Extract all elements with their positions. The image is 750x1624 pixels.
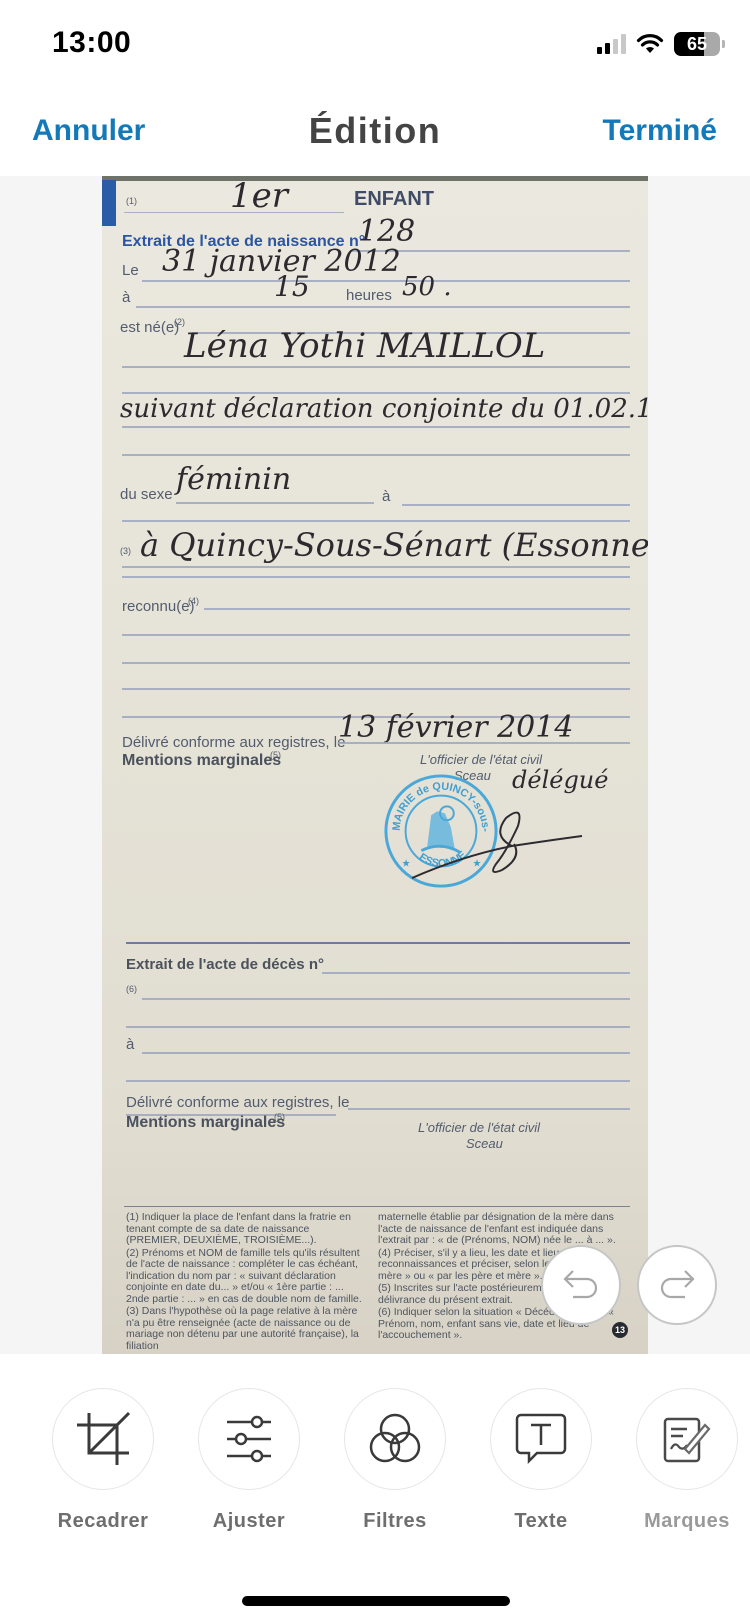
tool-crop-label: Recadrer — [48, 1510, 158, 1533]
sliders-icon — [223, 1414, 275, 1464]
sex-value: féminin — [176, 462, 291, 497]
le-label: Le — [122, 262, 139, 279]
text-bubble-icon — [513, 1411, 569, 1467]
battery-icon: 65 — [674, 32, 720, 56]
rule — [122, 634, 630, 636]
page-number-badge: 13 — [612, 1322, 628, 1338]
tool-filters[interactable]: Filtres — [340, 1388, 450, 1533]
status-bar: 13:00 65 — [0, 0, 750, 90]
rule — [122, 662, 630, 664]
tool-filters-circle[interactable] — [344, 1388, 446, 1490]
footnote: (1) Indiquer la place de l'enfant dans l… — [126, 1212, 366, 1247]
signature-icon — [661, 1413, 713, 1465]
declaration-text: suivant déclaration conjointe du 01.02.1… — [120, 394, 648, 424]
rule — [142, 280, 630, 282]
rule — [122, 566, 630, 568]
seal-label-2: Sceau — [466, 1136, 503, 1151]
footnotes-left-column: (1) Indiquer la place de l'enfant dans l… — [126, 1212, 366, 1353]
edit-canvas[interactable]: (1) 1er ENFANT Extrait de l'acte de nais… — [0, 176, 750, 1354]
tool-adjust-label: Ajuster — [194, 1510, 304, 1533]
tool-text[interactable]: Texte — [486, 1388, 596, 1533]
sex-label: du sexe — [120, 486, 173, 503]
undo-button[interactable] — [541, 1245, 621, 1325]
rule — [142, 998, 630, 1000]
nav-bar: Annuler Édition Terminé — [0, 96, 750, 176]
status-time: 13:00 — [52, 26, 131, 60]
tool-adjust[interactable]: Ajuster — [194, 1388, 304, 1533]
child-name: Léna Yothi MAILLOL — [184, 326, 545, 366]
wifi-icon — [636, 34, 664, 54]
marginal-label: Mentions marginales — [122, 752, 281, 770]
signature-stroke — [402, 806, 602, 886]
document-blue-tab — [102, 180, 116, 226]
recognized-label: reconnu(e) — [122, 598, 195, 615]
home-indicator[interactable] — [242, 1596, 510, 1606]
document-image[interactable]: (1) 1er ENFANT Extrait de l'acte de nais… — [102, 176, 648, 1354]
tool-markup-circle[interactable] — [636, 1388, 738, 1490]
rule — [122, 520, 630, 522]
header-note-number: (1) — [126, 196, 137, 206]
footnote: maternelle établie par désignation de la… — [378, 1212, 618, 1247]
tool-filters-label: Filtres — [340, 1510, 450, 1533]
rule — [122, 688, 630, 690]
born-label: est né(e) — [120, 319, 179, 336]
document-edge — [102, 176, 648, 181]
rule — [136, 306, 630, 308]
rule — [122, 366, 630, 368]
rule — [204, 608, 630, 610]
rule — [176, 502, 374, 504]
redo-button[interactable] — [637, 1245, 717, 1325]
death-extract-label: Extrait de l'acte de décès n° — [126, 956, 324, 973]
rank-handwritten: 1er — [230, 176, 288, 216]
tool-adjust-circle[interactable] — [198, 1388, 300, 1490]
recognized-sup: (4) — [188, 596, 199, 606]
marginal-sup: (5) — [270, 750, 281, 760]
rule — [126, 1080, 630, 1082]
tool-crop-circle[interactable] — [52, 1388, 154, 1490]
a-label-2: à — [382, 488, 390, 505]
edit-toolbar: Recadrer Ajuster Filtres — [0, 1354, 750, 1554]
rule — [142, 1052, 630, 1054]
delegate-handwritten: délégué — [512, 766, 608, 794]
place-sup: (3) — [120, 546, 131, 556]
hours-label: heures — [346, 287, 392, 304]
death-sup: (6) — [126, 984, 137, 994]
tool-markup[interactable]: Marques — [632, 1388, 742, 1533]
header-title: ENFANT — [354, 188, 434, 211]
filters-circles-icon — [365, 1409, 425, 1469]
rule — [402, 504, 630, 506]
delivered-date: 13 février 2014 — [338, 710, 573, 745]
a-label: à — [122, 289, 130, 306]
rule — [348, 1108, 630, 1110]
done-button[interactable]: Terminé — [603, 114, 717, 148]
footnote: (2) Prénoms et NOM de famille tels qu'il… — [126, 1248, 366, 1306]
tool-text-label: Texte — [486, 1510, 596, 1533]
death-a-label: à — [126, 1036, 134, 1053]
crop-icon — [73, 1409, 133, 1469]
section-divider — [126, 942, 630, 944]
birth-minutes: 50 . — [402, 272, 452, 302]
delivered-label: Délivré conforme aux registres, le — [122, 734, 345, 751]
delivered-label-2: Délivré conforme aux registres, le — [126, 1094, 349, 1111]
footnote: (3) Dans l'hypothèse où la page relative… — [126, 1306, 366, 1352]
cellular-signal-icon — [597, 34, 626, 54]
rule — [122, 454, 630, 456]
rule — [126, 1026, 630, 1028]
tool-crop[interactable]: Recadrer — [48, 1388, 158, 1533]
footnote-divider — [124, 1206, 630, 1207]
rule — [338, 742, 630, 744]
status-icons: 65 — [597, 32, 720, 56]
officer-label-2: L'officier de l'état civil — [418, 1120, 540, 1135]
marginal-label-2: Mentions marginales — [126, 1114, 285, 1132]
birth-place: à Quincy-Sous-Sénart (Essonne) — [140, 526, 648, 564]
tool-text-circle[interactable] — [490, 1388, 592, 1490]
redo-arrow-icon — [657, 1267, 697, 1303]
tool-markup-label: Marques — [632, 1510, 742, 1533]
undo-arrow-icon — [561, 1267, 601, 1303]
officer-label: L'officier de l'état civil — [420, 752, 542, 767]
birth-hour: 15 — [274, 270, 310, 303]
rule — [322, 972, 630, 974]
rule — [122, 426, 630, 428]
rule — [122, 576, 630, 578]
marginal-sup-2: (5) — [274, 1112, 285, 1122]
